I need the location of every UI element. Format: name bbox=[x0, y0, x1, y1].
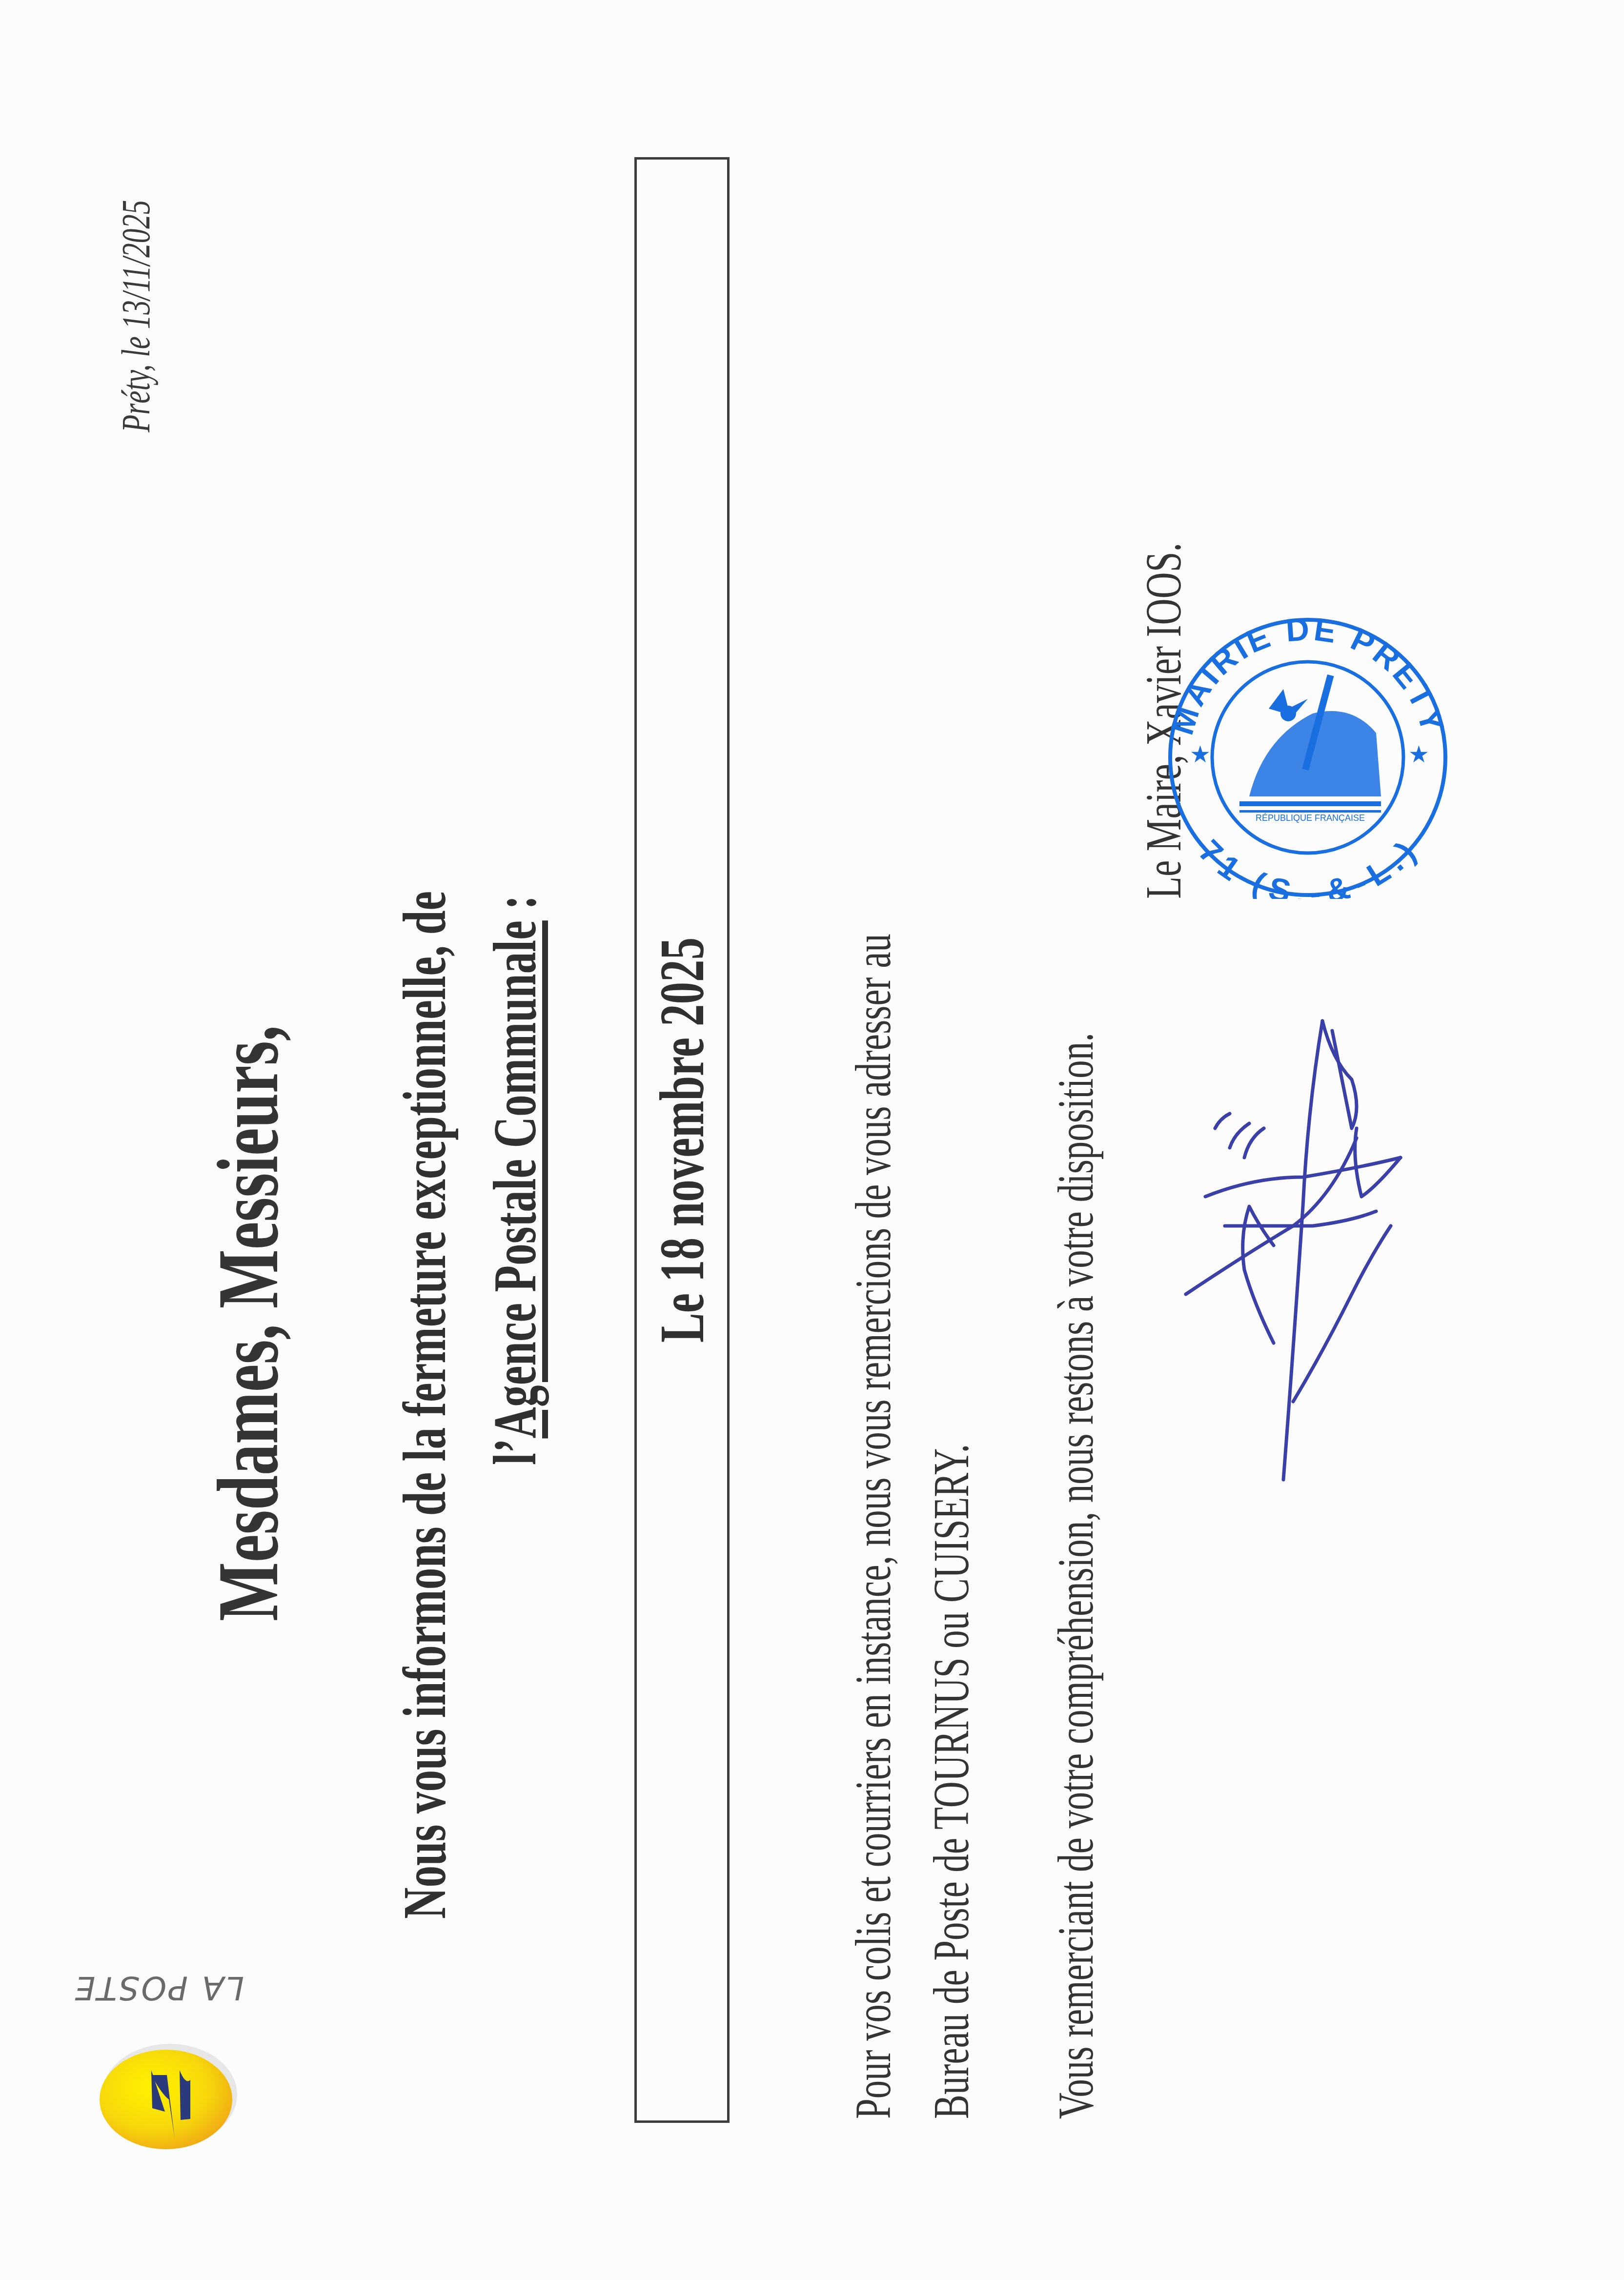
letter-date: Préty, le 13/11/2025 bbox=[113, 200, 159, 432]
la-poste-bird-icon bbox=[93, 2041, 239, 2153]
body-paragraph-1-line-1: Pour vos colis et courriers en instance,… bbox=[844, 934, 902, 2119]
agency-name-underlined: Agence Postale Communale bbox=[482, 920, 548, 1438]
intro-line-2: l’Agence Postale Communale : bbox=[481, 895, 550, 1465]
handwritten-signature bbox=[1147, 962, 1440, 1499]
salutation: Mesdames, Messieurs, bbox=[198, 1025, 298, 1621]
la-poste-wordmark: LA POSTE bbox=[39, 1969, 244, 2007]
letter-content: LA POSTE Préty, le 13/11/2025 Mesdames, … bbox=[0, 0, 1624, 2280]
scanned-letter-page: LA POSTE Préty, le 13/11/2025 Mesdames, … bbox=[0, 0, 1624, 2280]
intro-line-1: Nous vous informons de la fermeture exce… bbox=[390, 891, 460, 1919]
body-paragraph-2: Vous remerciant de votre compréhension, … bbox=[1047, 1033, 1105, 2119]
closure-date: Le 18 novembre 2025 bbox=[646, 454, 719, 1827]
body-paragraph-1-line-2: Bureau de Poste de TOURNUS ou CUISERY. bbox=[922, 1444, 980, 2119]
svg-text:★: ★ bbox=[1408, 741, 1429, 768]
intro-line-2-suffix: : bbox=[482, 895, 548, 920]
svg-text:RÉPUBLIQUE FRANÇAISE: RÉPUBLIQUE FRANÇAISE bbox=[1256, 813, 1365, 823]
town-hall-stamp: MAIRIE DE PRETY 71 (S.-&-L.) ★ ★ RÉ bbox=[1166, 616, 1449, 899]
la-poste-logo: LA POSTE bbox=[39, 1987, 293, 2163]
svg-text:71 (S.-&-L.): 71 (S.-&-L.) bbox=[1192, 833, 1424, 899]
closure-date-box: Le 18 novembre 2025 bbox=[634, 157, 730, 2123]
intro-line-2-prefix: l’ bbox=[482, 1438, 548, 1465]
svg-text:★: ★ bbox=[1190, 741, 1211, 768]
